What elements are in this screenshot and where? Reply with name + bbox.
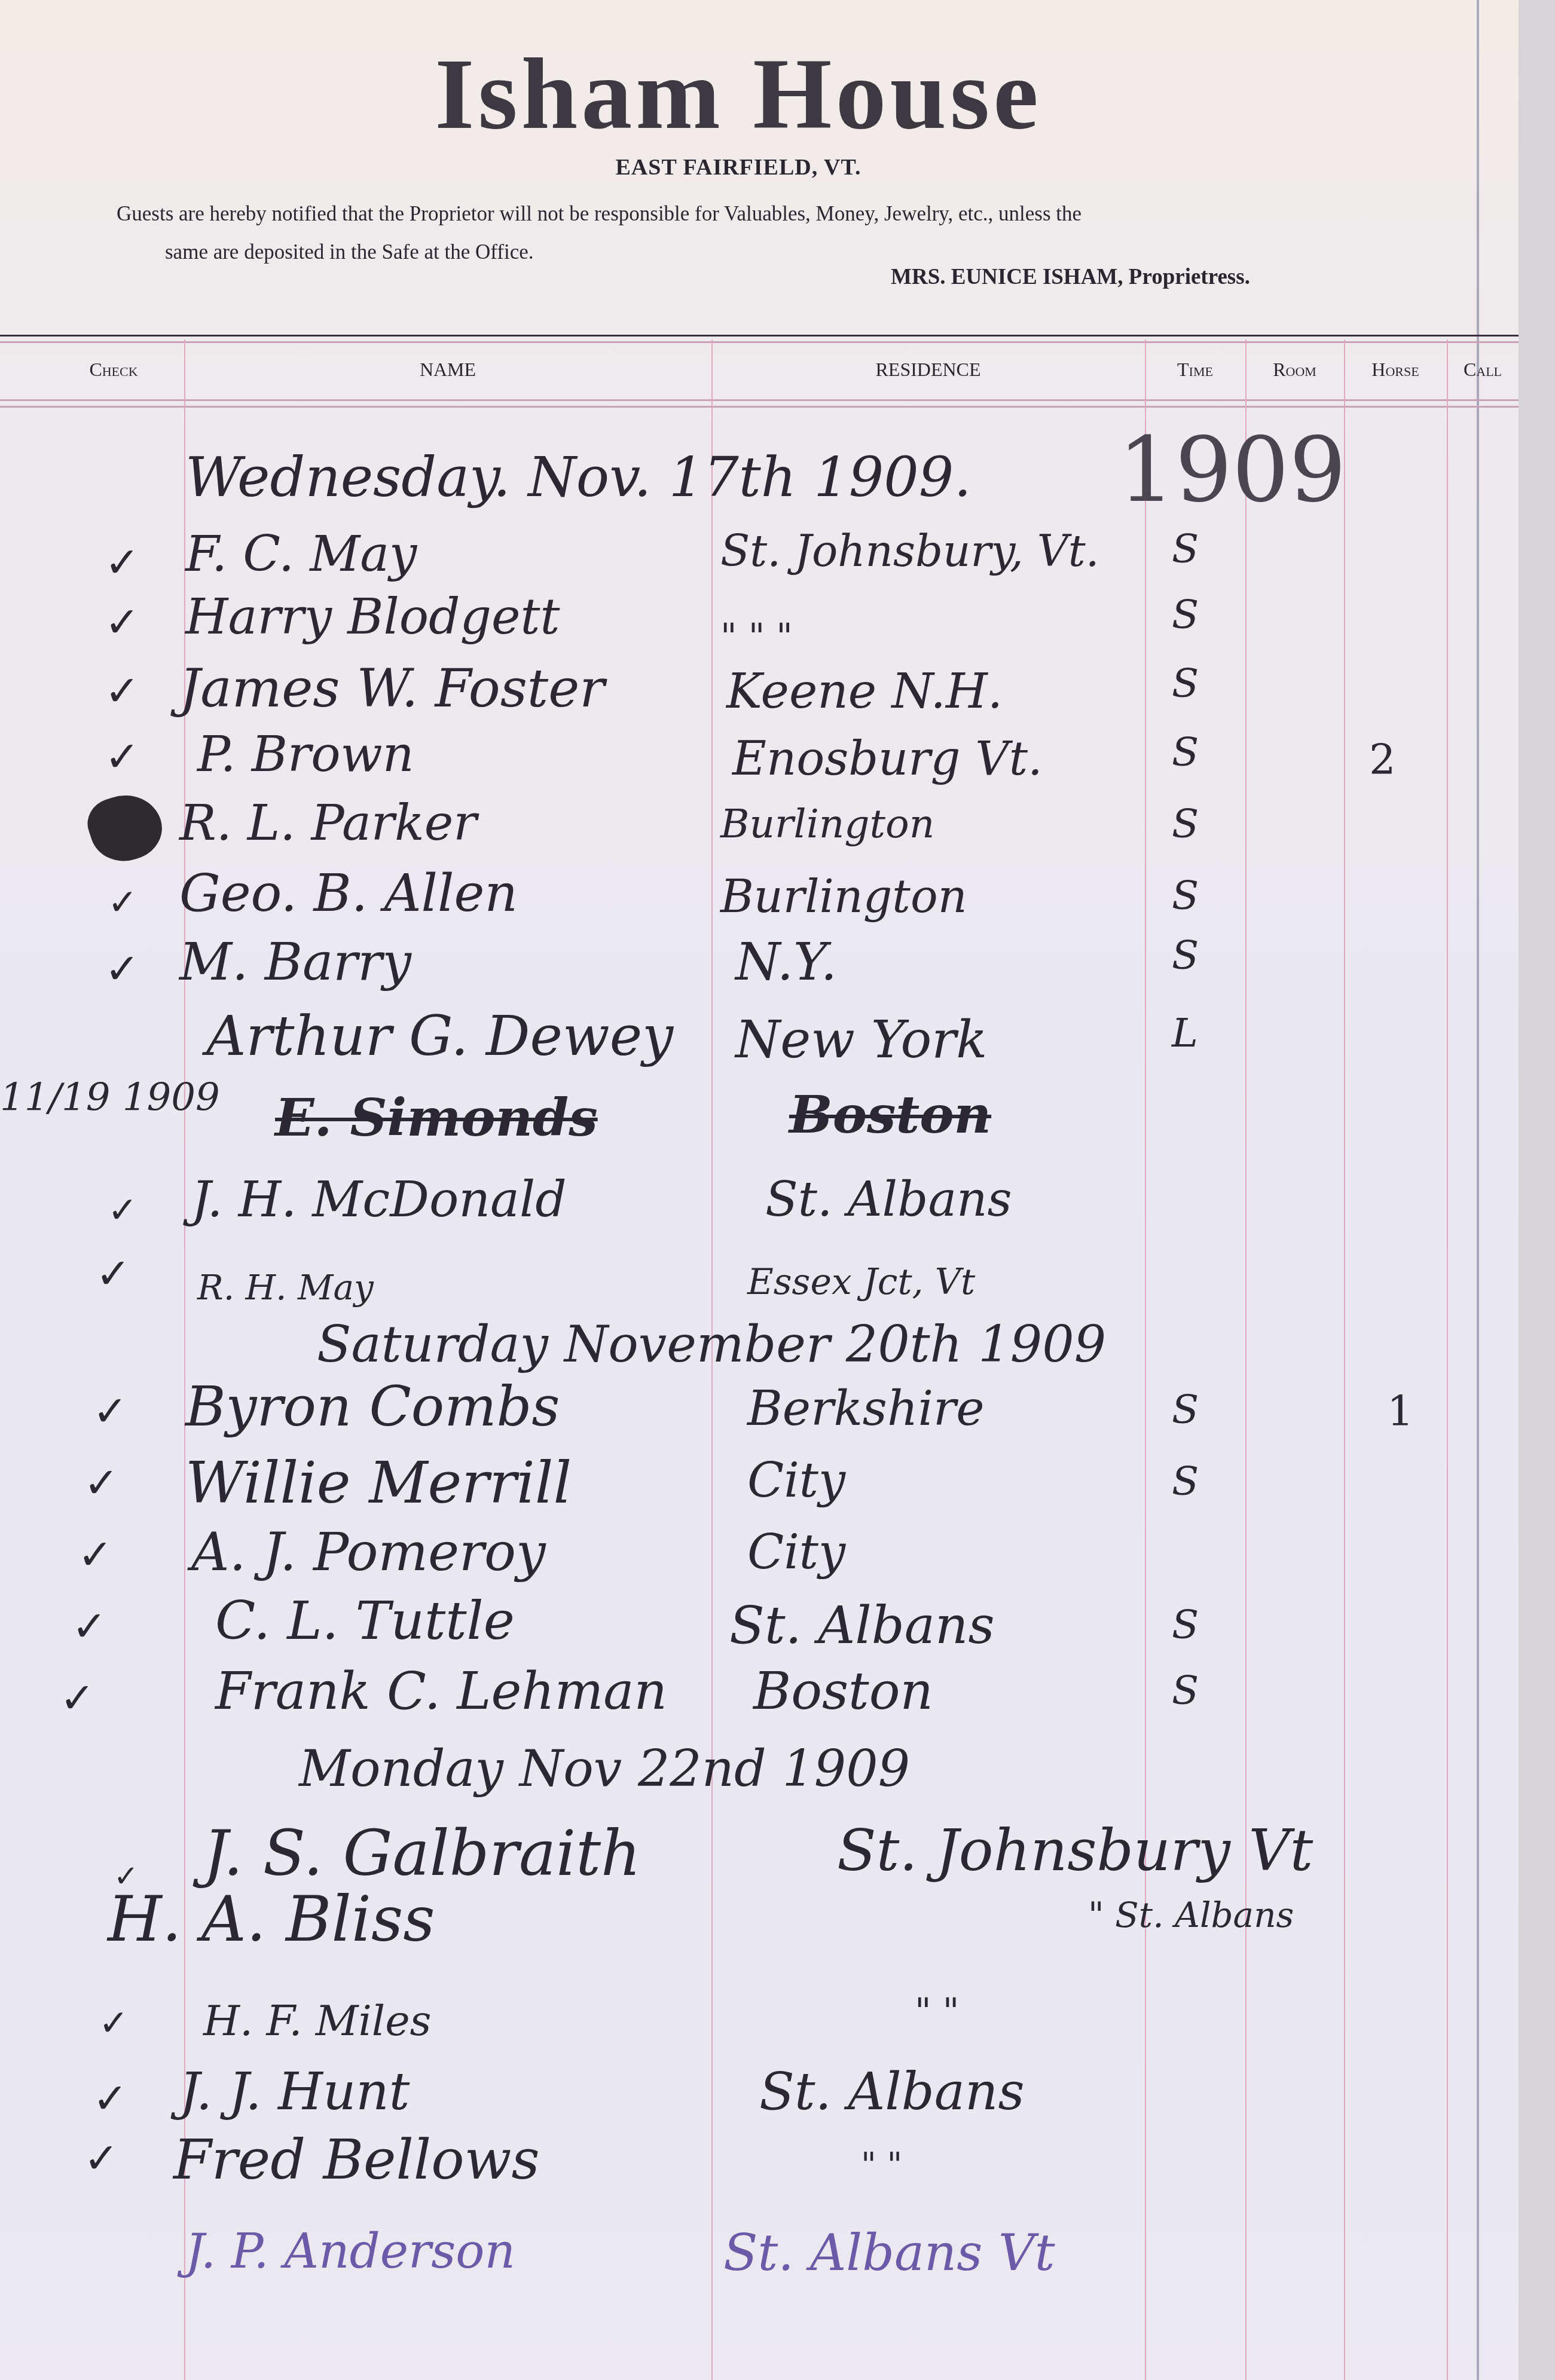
hotel-name: Isham House xyxy=(0,36,1477,152)
guest-name: J. J. Hunt xyxy=(179,2062,410,2122)
check-mark: ✓ xyxy=(78,1530,113,1579)
column-divider xyxy=(1344,339,1345,2380)
guest-name: R. H. May xyxy=(197,1267,374,1308)
guest-residence: City xyxy=(747,1524,845,1580)
check-mark: ✓ xyxy=(99,2002,129,2044)
guest-horse: 1 xyxy=(1387,1387,1414,1436)
check-mark: ✓ xyxy=(108,882,138,923)
guest-residence: St. Albans xyxy=(729,1596,995,1656)
check-mark: ✓ xyxy=(84,2134,119,2183)
guest-name: J. S. Galbraith xyxy=(203,1817,641,1890)
column-header-check: Check xyxy=(72,359,155,381)
guest-name: F. C. May xyxy=(185,526,417,583)
guest-residence: " " xyxy=(861,2146,902,2185)
guest-name: Harry Blodgett xyxy=(185,589,560,646)
guest-name: R. L. Parker xyxy=(179,795,476,852)
check-mark: ✓ xyxy=(93,1387,128,1436)
check-mark: ✓ xyxy=(108,1189,138,1231)
guest-time: S xyxy=(1172,1668,1199,1714)
guest-name: Geo. B. Allen xyxy=(179,864,518,923)
guest-time: S xyxy=(1172,801,1199,847)
guest-name: M. Barry xyxy=(179,932,411,992)
guest-residence: St. Albans xyxy=(765,1171,1012,1227)
guest-name: James W. Foster xyxy=(179,657,604,719)
guest-name: H. A. Bliss xyxy=(108,1883,435,1956)
column-header-room: Room xyxy=(1245,359,1344,381)
guest-name: J. P. Anderson xyxy=(185,2223,515,2279)
guest-residence: Keene N.H. xyxy=(726,663,1003,719)
column-header-residence: RESIDENCE xyxy=(711,359,1145,381)
guest-name: A. J. Pomeroy xyxy=(191,1521,546,1583)
column-divider xyxy=(1245,339,1247,2380)
guest-name-struck: E. Simonds xyxy=(275,1088,598,1148)
guest-residence: St. Albans xyxy=(759,2062,1025,2122)
check-mark: ✓ xyxy=(105,666,140,715)
guest-time: S xyxy=(1172,1387,1199,1433)
column-header-time: Time xyxy=(1145,359,1245,381)
guest-residence: " " " xyxy=(720,616,793,657)
guest-residence: Berkshire xyxy=(747,1381,985,1436)
liability-notice-line1: Guests are hereby notified that the Prop… xyxy=(117,202,1082,226)
check-mark: ✓ xyxy=(72,1602,107,1651)
letterhead: Isham House EAST FAIRFIELD, VT. Guests a… xyxy=(0,0,1477,335)
guest-residence: Essex Jct, Vt xyxy=(747,1261,975,1303)
guest-horse: 2 xyxy=(1369,735,1396,784)
guest-residence: " St. Albans xyxy=(1088,1895,1294,1935)
checkout-note: 11/19 1909 xyxy=(0,1076,220,1120)
date-heading: Wednesday. Nov. 17th 1909. xyxy=(185,445,972,509)
guest-residence: N.Y. xyxy=(735,932,837,992)
guest-residence: St. Johnsbury, Vt. xyxy=(720,526,1099,576)
check-mark: ✓ xyxy=(96,1249,131,1298)
liability-notice-line2: same are deposited in the Safe at the Of… xyxy=(165,240,533,264)
guest-name: Willie Merrill xyxy=(185,1449,572,1516)
column-header-horse: Horse xyxy=(1344,359,1447,381)
margin-pencil-line xyxy=(1477,0,1479,2380)
check-mark: ✓ xyxy=(105,944,140,993)
guest-residence: St. Johnsbury Vt xyxy=(837,1817,1313,1884)
ink-blot xyxy=(81,785,170,870)
guest-time: S xyxy=(1172,660,1199,706)
check-mark: ✓ xyxy=(93,2074,128,2123)
date-heading: Saturday November 20th 1909 xyxy=(317,1315,1106,1373)
check-mark: ✓ xyxy=(105,598,140,647)
guest-residence: Burlington xyxy=(720,801,934,847)
book-edge xyxy=(1519,0,1555,2380)
column-header-rule xyxy=(0,399,1519,408)
guest-residence: New York xyxy=(735,1010,987,1070)
guest-residence: City xyxy=(747,1452,845,1508)
proprietor: MRS. EUNICE ISHAM, Proprietress. xyxy=(891,264,1250,290)
guest-time: S xyxy=(1172,873,1199,919)
check-mark: ✓ xyxy=(60,1674,95,1723)
column-divider xyxy=(1145,339,1146,2380)
guest-name: Byron Combs xyxy=(185,1375,560,1439)
guest-residence: St. Albans Vt xyxy=(723,2223,1055,2282)
check-mark: ✓ xyxy=(105,732,140,781)
guest-residence: " " xyxy=(915,1990,959,2032)
guest-name: J. H. McDonald xyxy=(191,1171,567,1228)
column-divider xyxy=(1447,339,1448,2380)
header-rule xyxy=(0,335,1519,343)
guest-name: C. L. Tuttle xyxy=(215,1590,515,1651)
margin-year: 1909 xyxy=(1118,418,1346,522)
guest-name: Arthur G. Dewey xyxy=(206,1004,673,1068)
date-heading: Monday Nov 22nd 1909 xyxy=(299,1739,910,1798)
guest-time: S xyxy=(1172,1458,1199,1504)
column-header-call: Call xyxy=(1447,359,1519,381)
guest-name: H. F. Miles xyxy=(203,1996,432,2045)
guest-residence: Burlington xyxy=(720,870,967,923)
guest-name: Fred Bellows xyxy=(173,2128,540,2192)
check-mark: ✓ xyxy=(84,1458,119,1507)
register-page: Isham House EAST FAIRFIELD, VT. Guests a… xyxy=(0,0,1555,2380)
guest-time: S xyxy=(1172,932,1199,978)
guest-time: S xyxy=(1172,1602,1199,1648)
guest-time: S xyxy=(1172,729,1199,775)
guest-residence: Enosburg Vt. xyxy=(732,732,1043,786)
hotel-location: EAST FAIRFIELD, VT. xyxy=(0,154,1477,181)
guest-name: P. Brown xyxy=(197,726,414,783)
guest-name: Frank C. Lehman xyxy=(215,1662,667,1721)
guest-time: S xyxy=(1172,592,1199,638)
column-header-name: NAME xyxy=(184,359,711,381)
guest-time: S xyxy=(1172,526,1199,572)
guest-time: L xyxy=(1172,1010,1198,1056)
check-mark: ✓ xyxy=(105,538,140,587)
guest-residence-struck: Boston xyxy=(789,1085,991,1145)
guest-residence: Boston xyxy=(753,1662,933,1721)
